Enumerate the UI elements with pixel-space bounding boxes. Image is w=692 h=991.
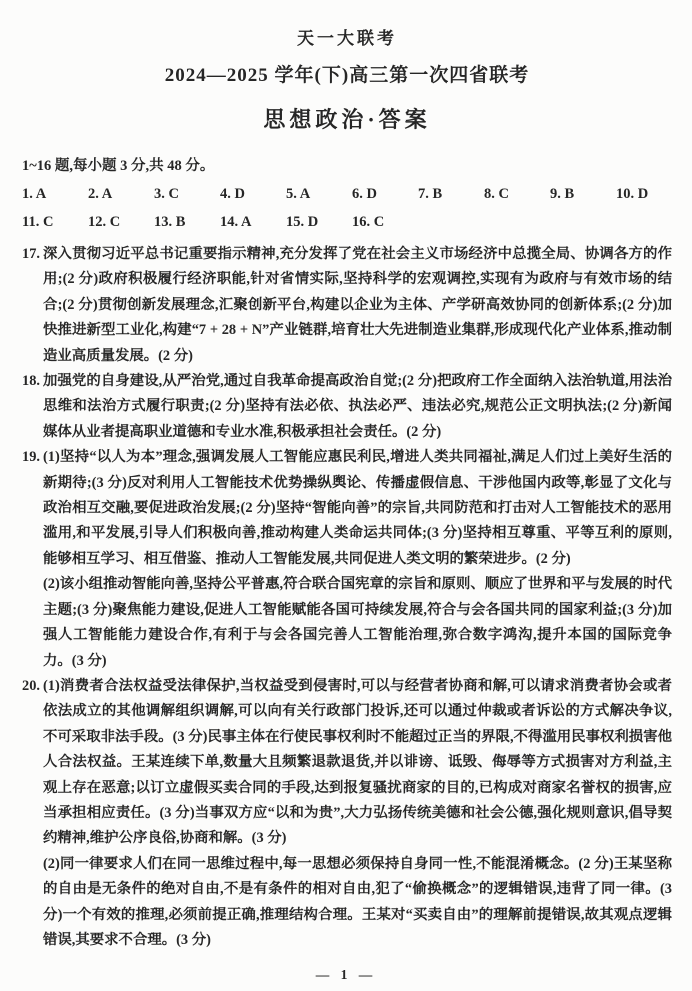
mc-answer-5: 5. A — [286, 185, 352, 204]
mc-answer-12: 12. C — [88, 213, 154, 232]
mc-answer-2: 2. A — [88, 185, 154, 204]
question-19-number: 19. — [22, 445, 40, 470]
question-20-number: 20. — [22, 674, 40, 699]
question-20: 20. (1)消费者合法权益受法律保护,当权益受到侵害时,可以与经营者协商和解,… — [22, 674, 672, 953]
multiple-choice-answers: 1. A 2. A 3. C 4. D 5. A 6. D 7. B 8. C … — [22, 185, 672, 232]
mc-answer-11: 11. C — [22, 213, 88, 232]
question-17: 17. 深入贯彻习近平总书记重要指示精神,充分发挥了党在社会主义市场经济中总揽全… — [22, 242, 672, 369]
question-18: 18. 加强党的自身建设,从严治党,通过自我革命提高政治自觉;(2 分)把政府工… — [22, 369, 672, 445]
mc-answer-7: 7. B — [418, 185, 484, 204]
multiple-choice-section: 1~16 题,每小题 3 分,共 48 分。 1. A 2. A 3. C 4.… — [22, 154, 672, 232]
mc-answer-8: 8. C — [484, 185, 550, 204]
mc-answer-15: 15. D — [286, 213, 352, 232]
mc-answer-4: 4. D — [220, 185, 286, 204]
mc-answer-6: 6. D — [352, 185, 418, 204]
mc-answer-3: 3. C — [154, 185, 220, 204]
page-number: — 1 — — [0, 967, 692, 983]
subject-answer-title: 思想政治·答案 — [22, 103, 672, 134]
mc-answer-13: 13. B — [154, 213, 220, 232]
question-17-number: 17. — [22, 242, 40, 267]
exam-session-title: 2024—2025 学年(下)高三第一次四省联考 — [22, 60, 672, 87]
question-18-answer: 加强党的自身建设,从严治党,通过自我革命提高政治自觉;(2 分)把政府工作全面纳… — [22, 369, 672, 445]
question-17-answer: 深入贯彻习近平总书记重要指示精神,充分发挥了党在社会主义市场经济中总揽全局、协调… — [22, 242, 672, 369]
mc-answer-9: 9. B — [550, 185, 616, 204]
free-response-section: 17. 深入贯彻习近平总书记重要指示精神,充分发挥了党在社会主义市场经济中总揽全… — [22, 242, 672, 953]
mc-answer-16: 16. C — [352, 213, 418, 232]
question-19-answer-part2: (2)该小组推动智能向善,坚持公平普惠,符合联合国宪章的宗旨和原则、顺应了世界和… — [22, 572, 672, 674]
multiple-choice-heading: 1~16 题,每小题 3 分,共 48 分。 — [22, 154, 672, 175]
question-20-answer-part2: (2)同一律要求人们在同一思维过程中,每一思想必须保持自身同一性,不能混淆概念。… — [22, 852, 672, 954]
mc-answer-1: 1. A — [22, 185, 88, 204]
question-19-answer-part1: (1)坚持“以人为本”理念,强调发展人工智能应惠民利民,增进人类共同福祉,满足人… — [22, 445, 672, 572]
question-20-answer-part1: (1)消费者合法权益受法律保护,当权益受到侵害时,可以与经营者协商和解,可以请求… — [22, 674, 672, 852]
mc-answer-14: 14. A — [220, 213, 286, 232]
question-19: 19. (1)坚持“以人为本”理念,强调发展人工智能应惠民利民,增进人类共同福祉… — [22, 445, 672, 674]
mc-answer-10: 10. D — [616, 185, 682, 204]
question-18-number: 18. — [22, 369, 40, 394]
answer-sheet-page: 天一大联考 2024—2025 学年(下)高三第一次四省联考 思想政治·答案 1… — [0, 0, 692, 991]
exam-brand-title: 天一大联考 — [22, 24, 672, 49]
document-header: 天一大联考 2024—2025 学年(下)高三第一次四省联考 思想政治·答案 — [22, 24, 672, 134]
